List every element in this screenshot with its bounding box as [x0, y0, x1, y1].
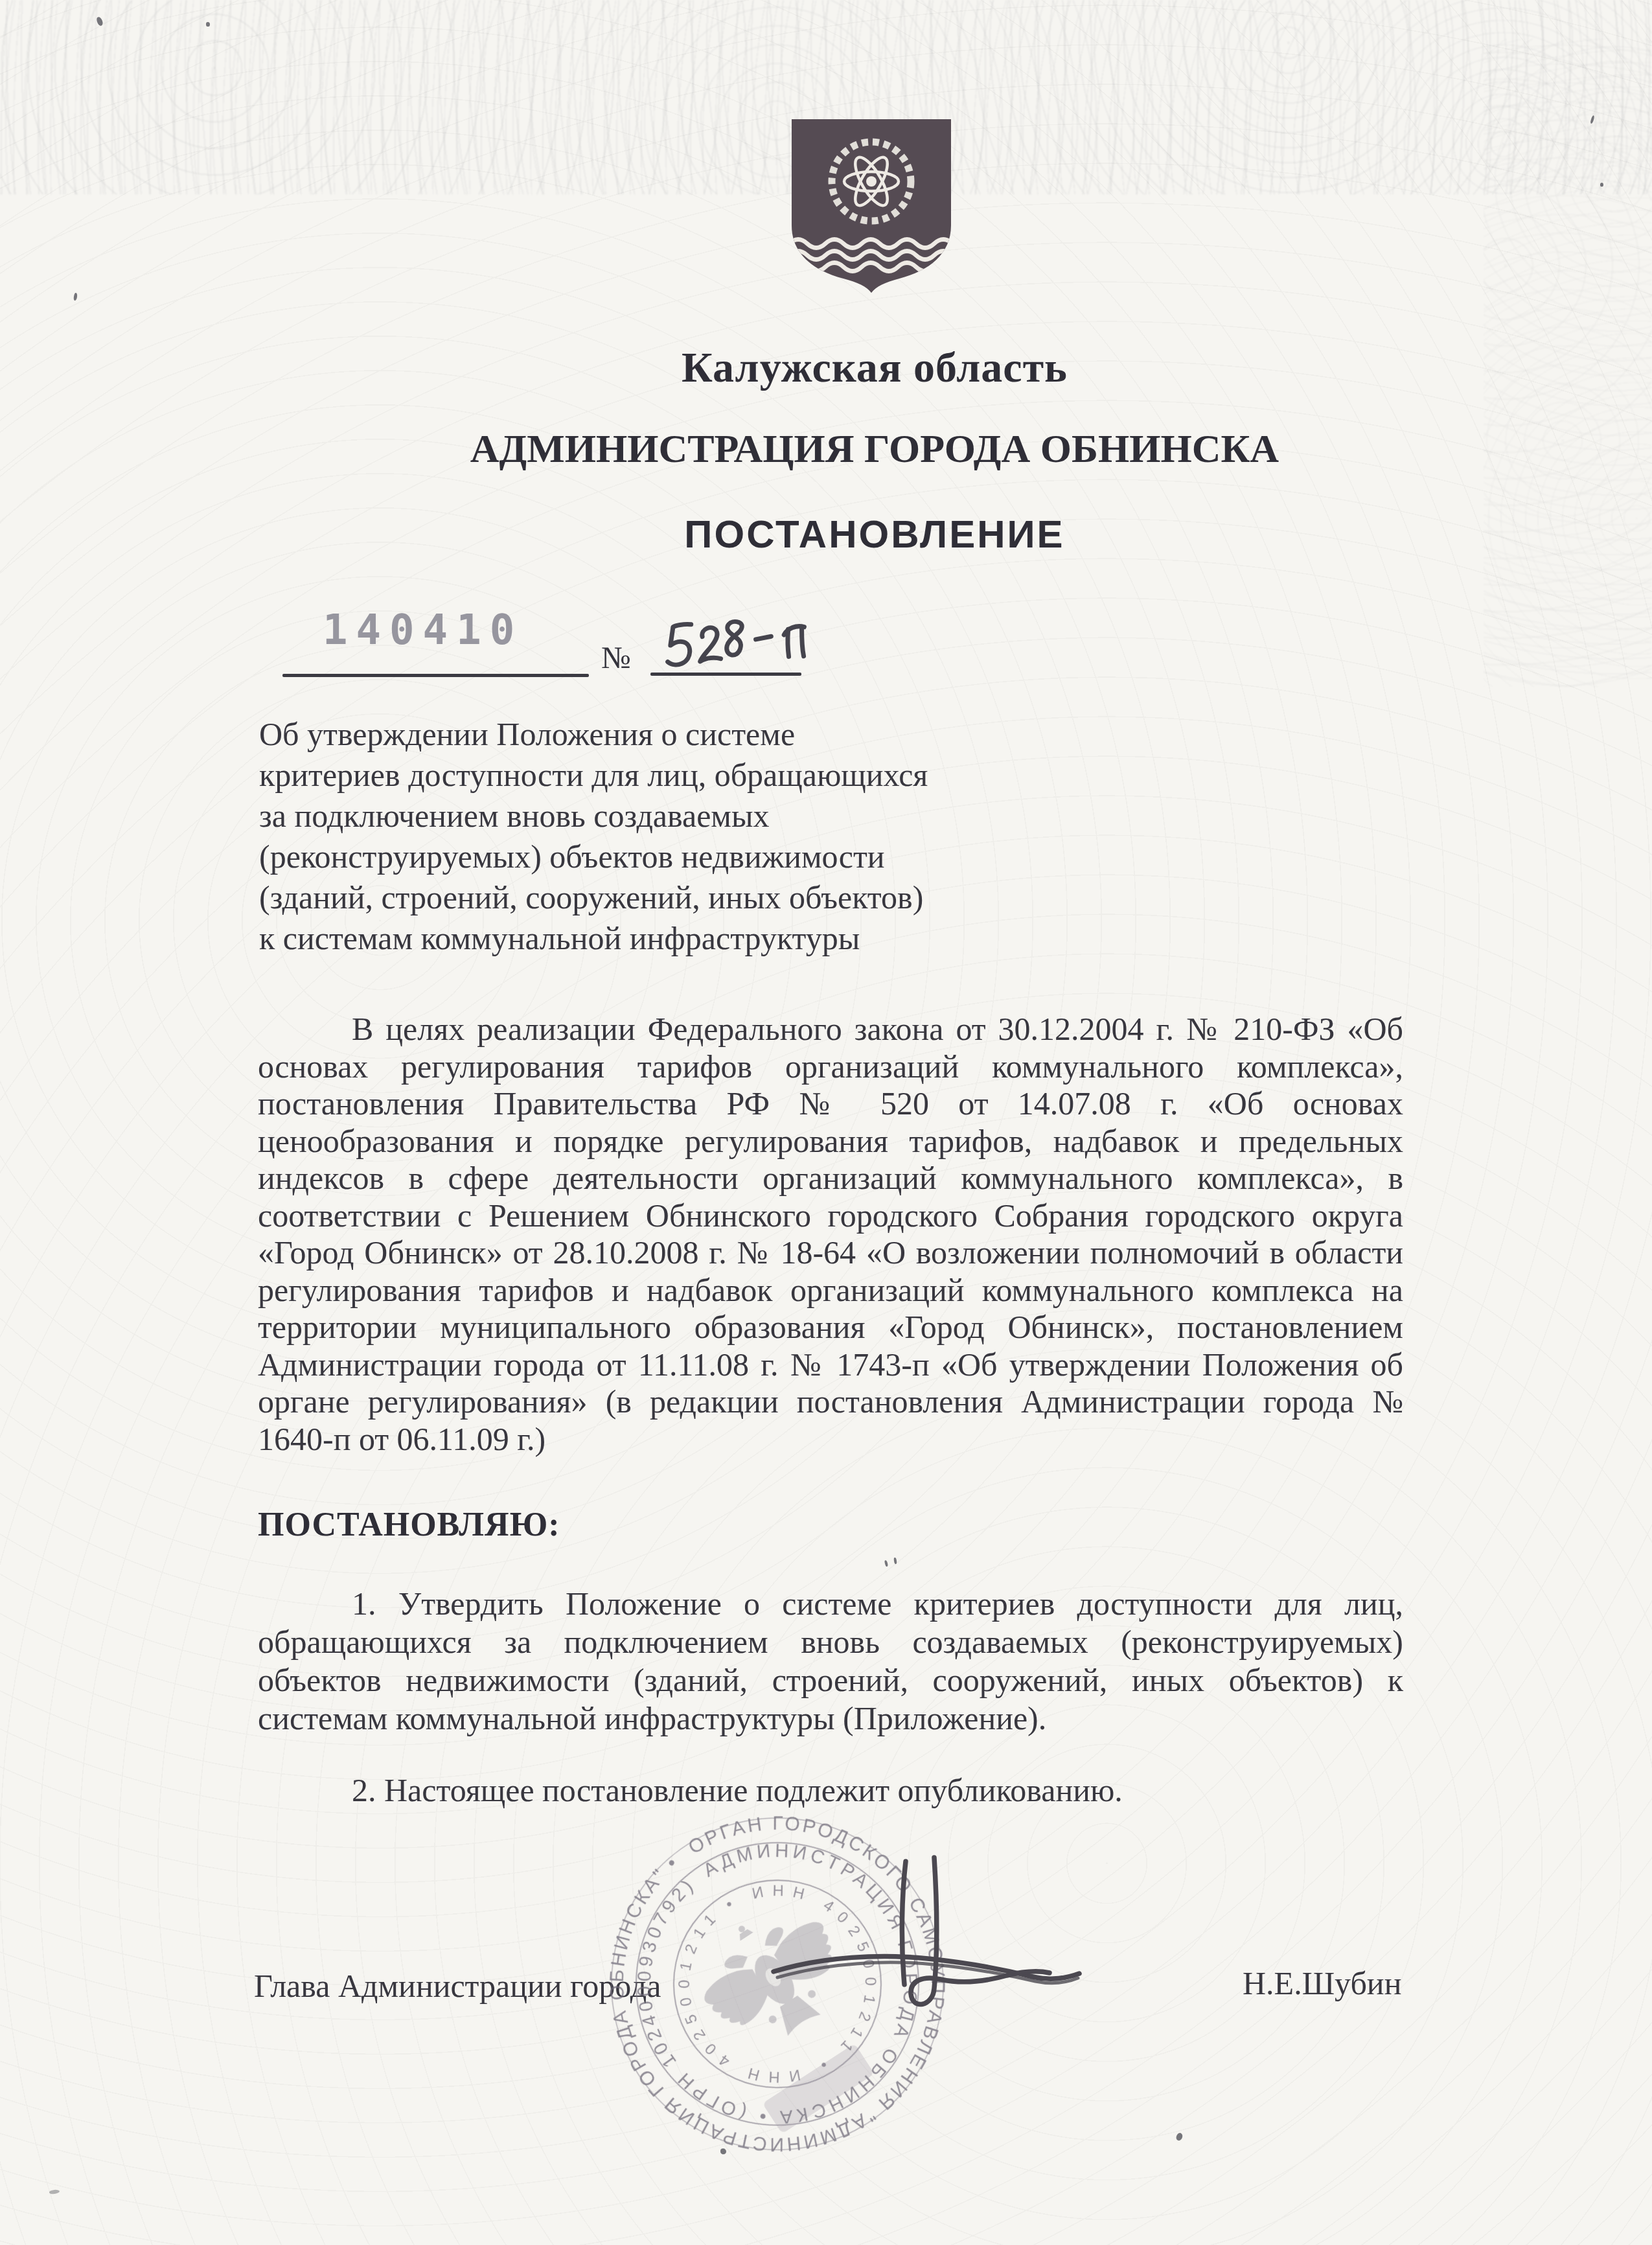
subject-line: Об утверждении Положения о системе: [259, 714, 1101, 755]
scan-speck: [1590, 115, 1595, 124]
scan-speck: [49, 2189, 60, 2194]
number-sign: №: [601, 640, 631, 676]
shield-shape: [792, 119, 951, 293]
scan-speck: [893, 1558, 897, 1564]
subject-line: (зданий, строений, сооружений, иных объе…: [259, 877, 1101, 918]
resolution-item-1: 1. Утвердить Положение о системе критери…: [258, 1585, 1403, 1738]
scan-speck: [73, 293, 78, 301]
handwritten-document-number: [658, 604, 858, 679]
date-stamp: 140410: [323, 606, 530, 654]
handwritten-signature: [745, 1850, 1108, 2025]
preamble-paragraph: В целях реализации Федерального закона о…: [258, 1011, 1403, 1458]
subject-line: (реконструируемых) объектов недвижимости: [259, 836, 1101, 877]
subject-line: критериев доступности для лиц, обращающи…: [259, 755, 1101, 796]
scan-speck: [884, 1560, 888, 1567]
resolution-heading: ПОСТАНОВЛЯЮ:: [258, 1506, 560, 1544]
document-type-title: ПОСТАНОВЛЕНИЕ: [453, 512, 1296, 557]
region-title: Калужская область: [453, 343, 1296, 393]
date-underline: [282, 674, 589, 677]
subject-line: к системам коммунальной инфраструктуры: [259, 918, 1101, 959]
scanned-document-page: Калужская область АДМИНИСТРАЦИЯ ГОРОДА О…: [0, 0, 1652, 2245]
scan-speck: [1175, 2132, 1184, 2142]
scan-speck: [1600, 183, 1603, 187]
signer-name: Н.Е.Шубин: [1243, 1964, 1401, 2002]
scan-speck: [96, 16, 104, 27]
obninsk-coat-of-arms: [789, 117, 954, 295]
scan-noise-band-right: [1484, 39, 1652, 687]
scan-speck: [206, 22, 210, 27]
organization-title: АДМИНИСТРАЦИЯ ГОРОДА ОБНИНСКА: [421, 426, 1328, 472]
subject-line: за подключением вновь создаваемых: [259, 796, 1101, 836]
subject-block: Об утверждении Положения о системе крите…: [259, 714, 1101, 959]
